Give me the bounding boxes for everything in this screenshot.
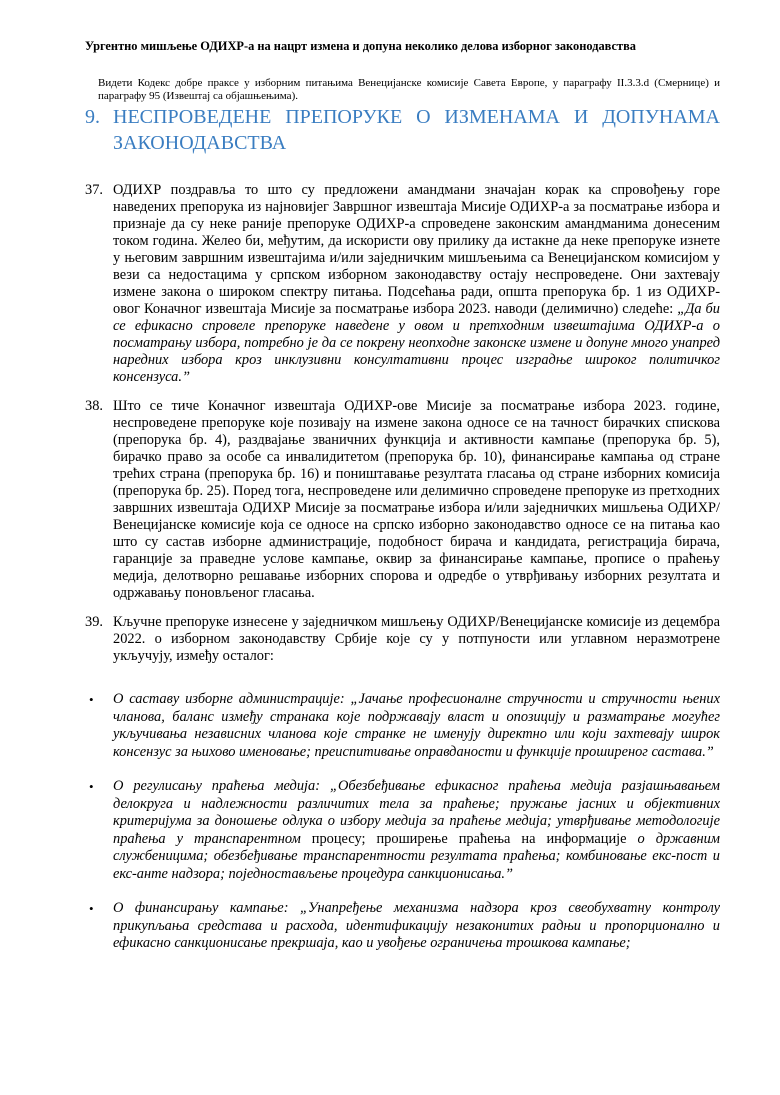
regular-text: Кључне препоруке изнесене у заједничком …: [113, 614, 720, 664]
regular-text: процесу; проширење праћења на информациј…: [312, 831, 638, 847]
regular-text: ОДИХР поздравља то што су предложени ама…: [113, 182, 720, 317]
regular-text: Што се тиче Коначног извештаја ОДИХР-ове…: [113, 398, 720, 601]
numbered-paragraph: 37.ОДИХР поздравља то што су предложени …: [85, 182, 720, 386]
section-title-line2: ЗАКОНОДАВСТВА: [113, 130, 720, 156]
paragraph-number: 37.: [85, 182, 103, 199]
italic-text: О финансирању кампање: „Унапређење механ…: [113, 900, 720, 951]
section-title-line1: НЕСПРОВЕДЕНЕ ПРЕПОРУКЕ О ИЗМЕНАМА И ДОПУ…: [113, 104, 720, 130]
bullet-marker: •: [89, 691, 94, 709]
bullet-marker: •: [89, 778, 94, 796]
italic-text: О саставу изборне администрације: „Јачањ…: [113, 691, 720, 760]
bullet-item: •О регулисању праћења медија: „Обезбеђив…: [85, 778, 720, 883]
footnote-text: Видети Кодекс добре праксе у изборним пи…: [98, 77, 720, 103]
section-title: НЕСПРОВЕДЕНЕ ПРЕПОРУКЕ О ИЗМЕНАМА И ДОПУ…: [85, 104, 720, 156]
numbered-paragraph: 39.Кључне препоруке изнесене у заједничк…: [85, 614, 720, 665]
bullet-list: •О саставу изборне администрације: „Јача…: [85, 691, 720, 953]
section-number: 9.: [85, 104, 100, 130]
bullet-item: •О саставу изборне администрације: „Јача…: [85, 691, 720, 761]
document-body: 37.ОДИХР поздравља то што су предложени …: [85, 182, 720, 970]
document-page: Ургентно мишљење ОДИХР-а на нацрт измена…: [0, 0, 780, 1095]
paragraph-number: 38.: [85, 398, 103, 415]
numbered-paragraph: 38.Што се тиче Коначног извештаја ОДИХР-…: [85, 398, 720, 602]
bullet-item: •О финансирању кампање: „Унапређење меха…: [85, 900, 720, 953]
paragraph-number: 39.: [85, 614, 103, 631]
section-heading: 9. НЕСПРОВЕДЕНЕ ПРЕПОРУКЕ О ИЗМЕНАМА И Д…: [85, 104, 720, 156]
running-header: Ургентно мишљење ОДИХР-а на нацрт измена…: [85, 39, 720, 54]
bullet-marker: •: [89, 900, 94, 918]
paragraph-list: 37.ОДИХР поздравља то што су предложени …: [85, 182, 720, 665]
